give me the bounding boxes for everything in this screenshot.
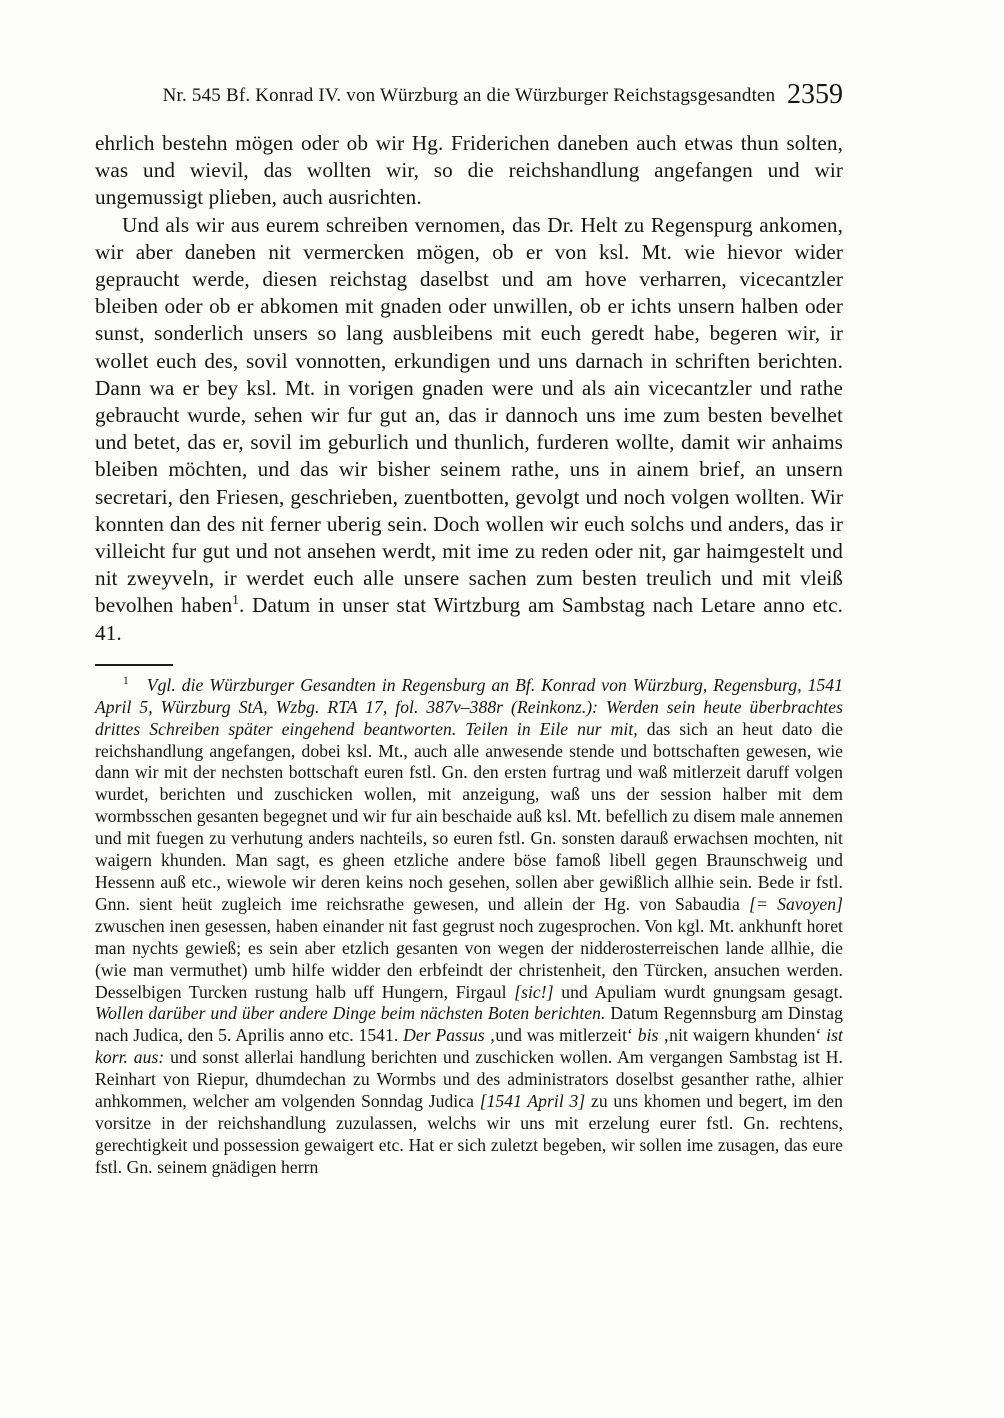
paragraph-main: Und als wir aus eurem schreiben vernomen… — [95, 212, 843, 647]
footnote-run: und Apuliam wurdt gnungsam gesagt. — [561, 982, 843, 1002]
text-block: Nr. 545 Bf. Konrad IV. von Würzburg an d… — [95, 80, 843, 1179]
footnote-run-editorial: Der Passus — [403, 1025, 489, 1045]
footnote-run: das sich an heut dato die reichshandlung… — [95, 719, 843, 914]
footnote-run: ‚nit waigern khunden‘ — [663, 1025, 826, 1045]
footnote-separator-rule — [95, 664, 173, 666]
footnote-reference: 1 — [232, 592, 239, 607]
footnote-run-editorial: [sic!] — [514, 982, 561, 1002]
footnote-run: ‚und was mitlerzeit‘ — [489, 1025, 637, 1045]
letter-body: ehrlich bestehn mögen oder ob wir Hg. Fr… — [95, 130, 843, 647]
book-page: Nr. 545 Bf. Konrad IV. von Würzburg an d… — [0, 0, 1004, 1418]
page-number: 2359 — [787, 81, 843, 109]
running-title: Nr. 545 Bf. Konrad IV. von Würzburg an d… — [95, 80, 843, 112]
footnote-run-editorial: Wollen darüber und über andere Dinge bei… — [95, 1003, 610, 1023]
footnote-run-editorial: bis — [638, 1025, 664, 1045]
page-header: Nr. 545 Bf. Konrad IV. von Würzburg an d… — [95, 80, 843, 112]
paragraph-continuation: ehrlich bestehn mögen oder ob wir Hg. Fr… — [95, 130, 843, 212]
footnote: 1Vgl. die Würzburger Gesandten in Regens… — [95, 675, 843, 1179]
footnote-run-editorial: [1541 April 3] — [480, 1091, 591, 1111]
paragraph-main-text: Und als wir aus eurem schreiben vernomen… — [95, 213, 843, 618]
footnote-run-editorial: [= Savoyen] — [749, 894, 843, 914]
footnote-marker: 1 — [123, 675, 129, 687]
